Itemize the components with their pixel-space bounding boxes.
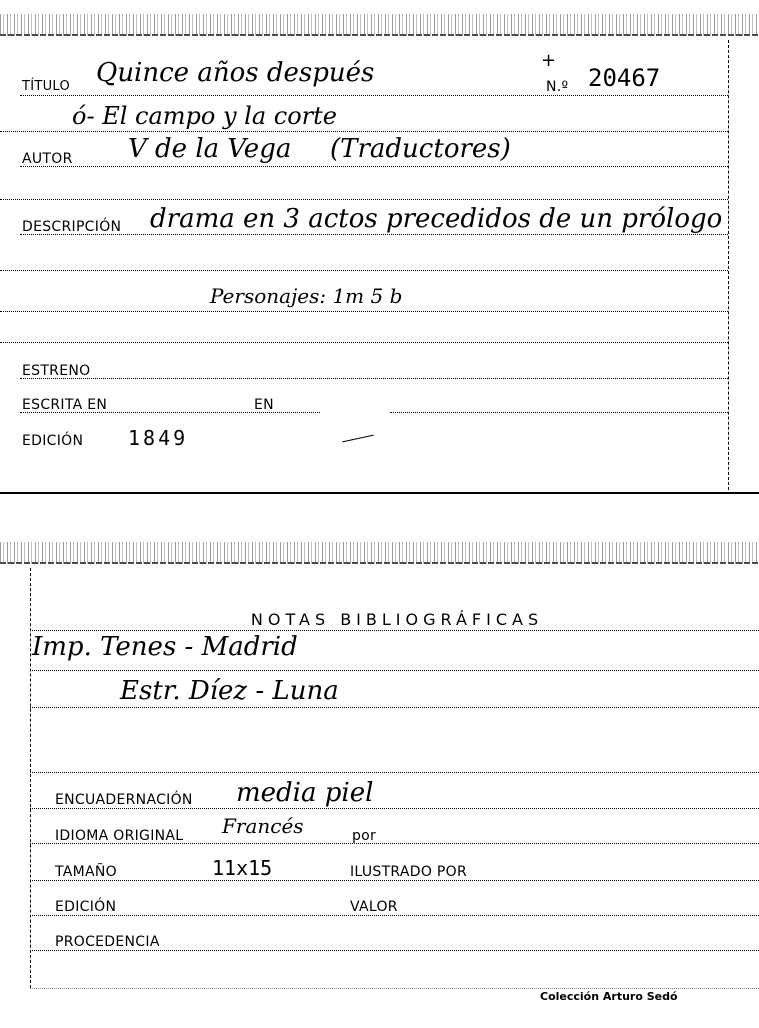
dotted-rule: [30, 988, 759, 989]
autor-value: V de la Vega: [128, 136, 291, 162]
idioma-original-label: IDIOMA ORIGINAL: [55, 829, 183, 843]
ilustrado-por-label: ILUSTRADO POR: [350, 865, 467, 879]
numero-label: N.º: [546, 80, 568, 94]
catalog-card-front: TÍTULO Quince años después + N.º 20467 ó…: [0, 0, 759, 494]
dotted-rule: [0, 199, 728, 200]
notas-heading: NOTAS BIBLIOGRÁFICAS: [0, 610, 759, 629]
dotted-rule: [0, 270, 728, 271]
card-edge: [30, 568, 31, 988]
dotted-rule: [0, 311, 728, 312]
dotted-rule: [30, 630, 759, 631]
encuadernacion-label: ENCUADERNACIÓN: [55, 793, 193, 807]
titulo-value-line2: ó- El campo y la corte: [72, 104, 337, 128]
idioma-original-value: Francés: [222, 816, 304, 836]
por-label: por: [352, 829, 376, 843]
dotted-rule: [0, 342, 728, 343]
pen-stroke: [342, 435, 374, 443]
scan-noise-band: [0, 14, 759, 36]
tamano-value: 11x15: [212, 858, 272, 878]
scan-noise-band: [0, 542, 759, 564]
dotted-rule: [0, 131, 728, 132]
numero-value: 20467: [588, 66, 660, 90]
dotted-rule: [30, 772, 759, 773]
edicion-back-label: EDICIÓN: [55, 900, 116, 914]
dotted-rule: [20, 166, 728, 167]
valor-label: VALOR: [350, 900, 398, 914]
titulo-label: TÍTULO: [22, 80, 70, 93]
note-line-1: Imp. Tenes - Madrid: [32, 634, 298, 660]
collection-credit: Colección Arturo Sedó: [540, 990, 678, 1003]
titulo-value: Quince años después: [96, 60, 374, 86]
personajes-note: Personajes: 1m 5 b: [210, 286, 402, 306]
descripcion-value: drama en 3 actos precedidos de un prólog…: [150, 206, 722, 232]
escrita-en-en-label: EN: [254, 398, 274, 412]
dotted-rule: [30, 707, 759, 708]
edicion-value: 1849: [128, 428, 188, 448]
dotted-rule: [30, 950, 759, 951]
encuadernacion-value: media piel: [236, 780, 373, 806]
dotted-rule: [30, 915, 759, 916]
card-edge: [728, 40, 729, 490]
escrita-en-label: ESCRITA EN: [22, 398, 107, 412]
procedencia-label: PROCEDENCIA: [55, 935, 160, 949]
dotted-rule: [30, 880, 759, 881]
note-line-2: Estr. Díez - Luna: [120, 678, 339, 704]
dotted-rule: [390, 412, 728, 413]
dotted-rule: [30, 808, 759, 809]
dotted-rule: [20, 234, 728, 235]
dotted-rule: [20, 95, 728, 96]
cross-mark: +: [541, 52, 556, 70]
estreno-label: ESTRENO: [22, 364, 90, 378]
edicion-label: EDICIÓN: [22, 434, 83, 448]
descripcion-label: DESCRIPCIÓN: [22, 220, 121, 234]
card-separator: [0, 492, 759, 494]
dotted-rule: [20, 378, 728, 379]
tamano-label: TAMAÑO: [55, 865, 117, 879]
autor-role: (Traductores): [330, 136, 511, 162]
catalog-card-back: NOTAS BIBLIOGRÁFICAS Imp. Tenes - Madrid…: [0, 540, 759, 1028]
dotted-rule: [30, 670, 759, 671]
autor-label: AUTOR: [22, 152, 73, 166]
